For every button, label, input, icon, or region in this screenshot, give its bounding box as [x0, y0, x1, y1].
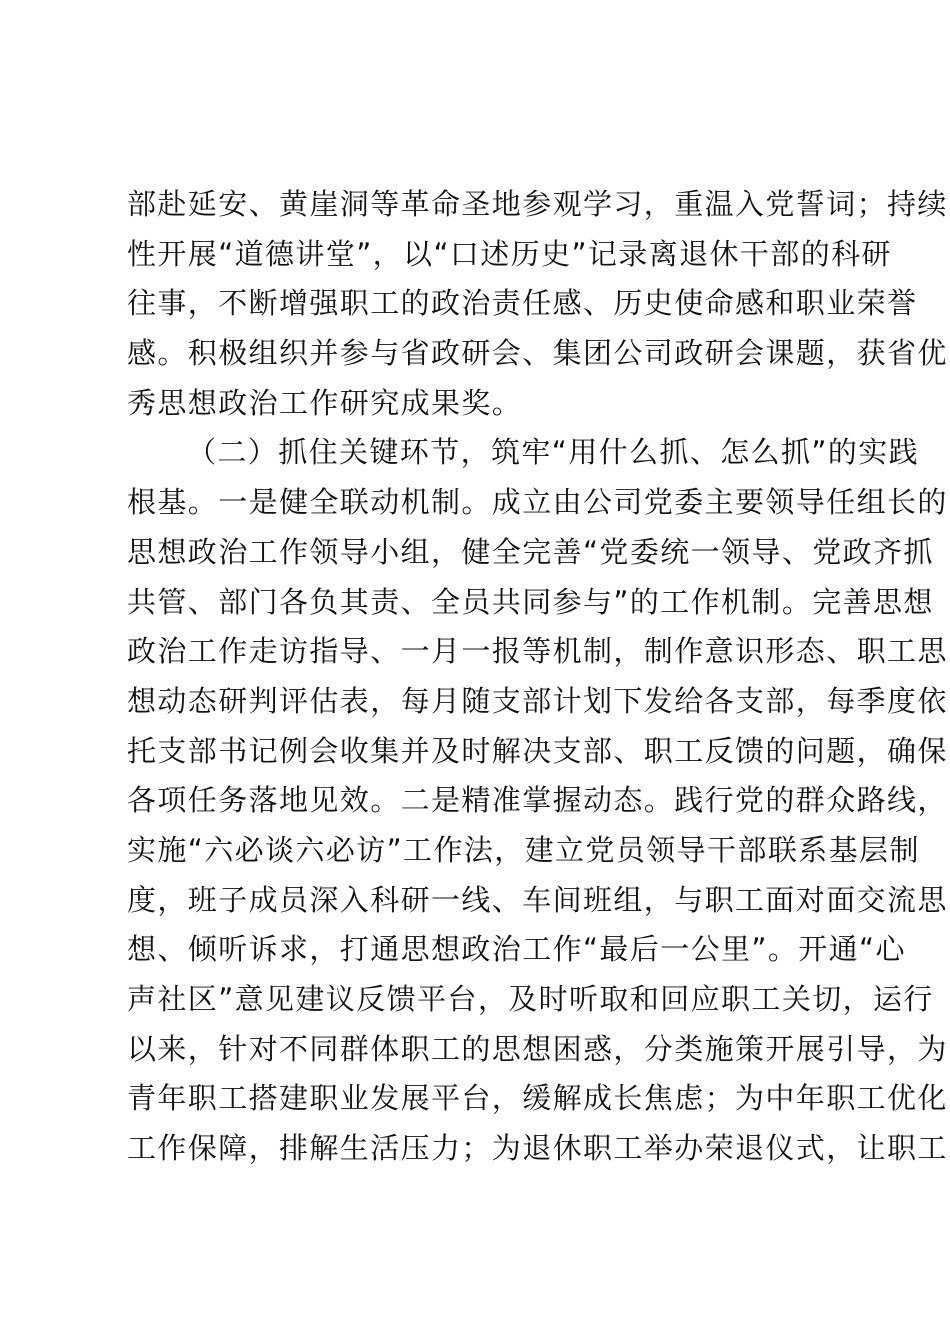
- paragraph-1: 部赴延安、黄崖洞等革命圣地参观学习，重温入党誓词；持续 性开展“道德讲堂”，以“…: [127, 180, 833, 428]
- text-line: 性开展“道德讲堂”，以“口述历史”记录离退休干部的科研: [127, 230, 833, 280]
- text-line: 往事，不断增强职工的政治责任感、历史使命感和职业荣誉: [127, 279, 833, 329]
- text-line: 思想政治工作领导小组，健全完善“党委统一领导、党政齐抓: [127, 528, 833, 578]
- paragraph-2: （二）抓住关键环节，筑牢“用什么抓、怎么抓”的实践 根基。一是健全联动机制。成立…: [127, 428, 833, 1173]
- text-line: 政治工作走访指导、一月一报等机制，制作意识形态、职工思: [127, 627, 833, 677]
- document-page: 部赴延安、黄崖洞等革命圣地参观学习，重温入党誓词；持续 性开展“道德讲堂”，以“…: [0, 0, 950, 1344]
- document-body: 部赴延安、黄崖洞等革命圣地参观学习，重温入党誓词；持续 性开展“道德讲堂”，以“…: [127, 180, 833, 1174]
- text-line: 想、倾听诉求，打通思想政治工作“最后一公里”。开通“心: [127, 925, 833, 975]
- text-line: 以来，针对不同群体职工的思想困惑，分类施策开展引导，为: [127, 1025, 833, 1075]
- text-line: 想动态研判评估表，每月随支部计划下发给各支部，每季度依: [127, 677, 833, 727]
- section-heading-line: （二）抓住关键环节，筑牢“用什么抓、怎么抓”的实践: [127, 428, 833, 478]
- text-line: 秀思想政治工作研究成果奖。: [127, 379, 833, 429]
- text-line: 根基。一是健全联动机制。成立由公司党委主要领导任组长的: [127, 478, 833, 528]
- text-line: 度，班子成员深入科研一线、车间班组，与职工面对面交流思: [127, 876, 833, 926]
- text-line: 部赴延安、黄崖洞等革命圣地参观学习，重温入党誓词；持续: [127, 180, 833, 230]
- text-line: 各项任务落地见效。二是精准掌握动态。践行党的群众路线，: [127, 776, 833, 826]
- text-line: 声社区”意见建议反馈平台，及时听取和回应职工关切，运行: [127, 975, 833, 1025]
- text-line: 共管、部门各负其责、全员共同参与”的工作机制。完善思想: [127, 578, 833, 628]
- text-line: 感。积极组织并参与省政研会、集团公司政研会课题，获省优: [127, 329, 833, 379]
- text-line: 实施“六必谈六必访”工作法，建立党员领导干部联系基层制: [127, 826, 833, 876]
- text-line: 青年职工搭建职业发展平台，缓解成长焦虑；为中年职工优化: [127, 1074, 833, 1124]
- text-line: 工作保障，排解生活压力；为退休职工举办荣退仪式，让职工: [127, 1124, 833, 1174]
- text-line: 托支部书记例会收集并及时解决支部、职工反馈的问题，确保: [127, 727, 833, 777]
